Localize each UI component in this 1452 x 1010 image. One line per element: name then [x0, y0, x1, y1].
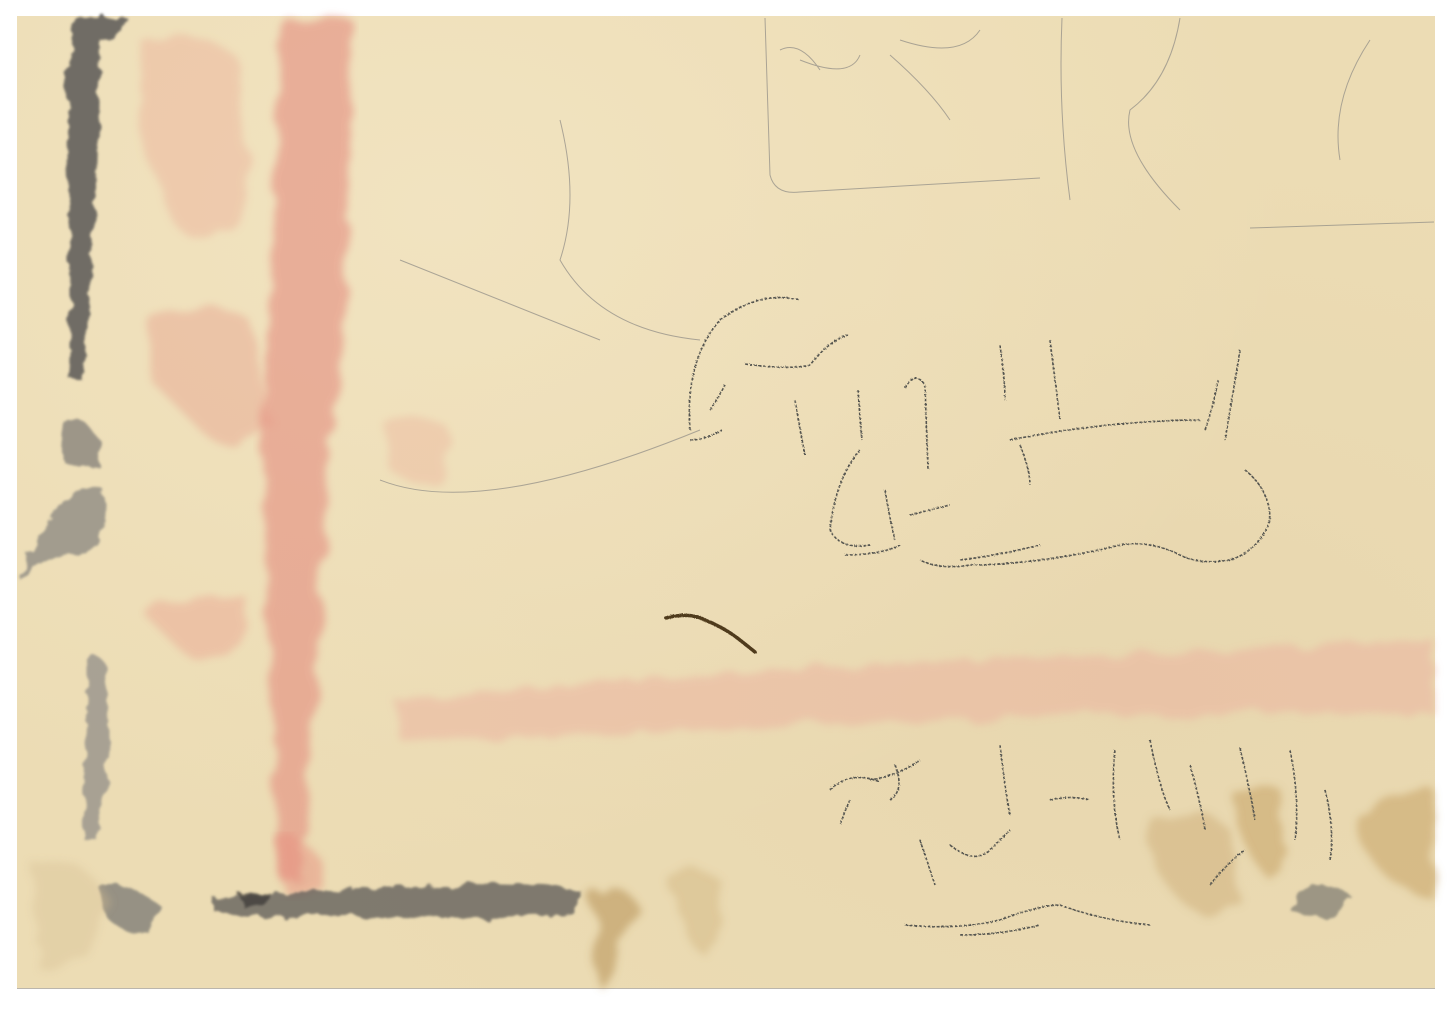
pencil-animal-sketch-center [689, 298, 1270, 567]
vertical-red-wash-band [140, 18, 450, 895]
brown-water-stains [30, 780, 1434, 988]
brown-ink-stroke [666, 615, 755, 652]
faint-pencil-sketch-top [380, 18, 1434, 492]
horizontal-pink-wash-band [395, 640, 1434, 740]
artwork [0, 0, 1452, 1010]
vertical-gray-wash-left [20, 18, 128, 840]
